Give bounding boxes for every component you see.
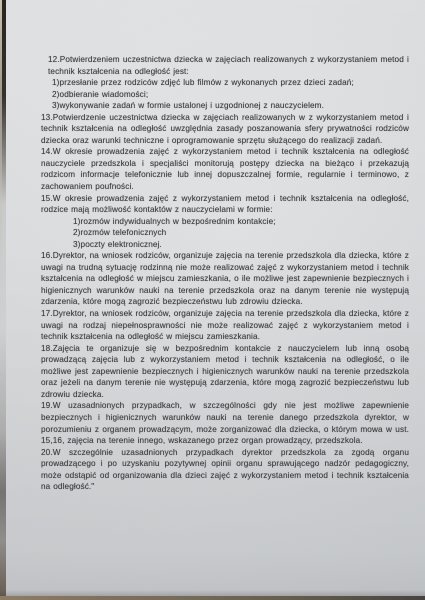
paragraph-12: 12.Potwierdzeniem uczestnictwa dziecka w… [41,54,409,77]
paragraph-number: 12. [48,55,60,64]
paragraph-text: W szczególnie uzasadnionych przypadkach … [41,448,409,492]
page-left-edge-highlight [0,0,2,288]
paragraph-18: 18.Zajęcia te organizuje się w bezpośred… [41,343,409,401]
paragraph-15: 15.W okresie prowadzenia zajęć z wykorzy… [41,193,409,216]
paragraph-text: W okresie prowadzenia zajęć z wykorzysta… [41,147,409,191]
list-item-15-3: 3)poczty elektronicznej. [41,239,409,251]
paragraph-16: 16.Dyrektor, na wniosek rodziców, organi… [41,250,409,308]
page-content: 12.Potwierdzeniem uczestnictwa dziecka w… [41,54,409,493]
paragraph-text: W okresie prowadzenia zajęć z wykorzysta… [41,194,409,215]
paragraph-text: Potwierdzeniem uczestnictwa dziecka w za… [48,55,409,76]
list-item-12-1: 1)przesłanie przez rodziców zdjęć lub fi… [41,77,409,89]
list-item-15-1: 1)rozmów indywidualnych w bezpośrednim k… [41,216,409,228]
paragraph-14: 14.W okresie prowadzenia zajęć z wykorzy… [41,146,409,192]
paragraph-text: Dyrektor, na wniosek rodziców, organizuj… [41,309,409,341]
document-page-photo: 12.Potwierdzeniem uczestnictwa dziecka w… [0,0,425,600]
paragraph-13: 13.Potwierdzenie uczestnictwa dziecka w … [41,112,409,147]
paragraph-17: 17.Dyrektor, na wniosek rodziców, organi… [41,308,409,343]
paragraph-number: 15. [41,194,53,203]
paragraph-text: Dyrektor, na wniosek rodziców, organizuj… [41,251,409,306]
list-item-12-3: 3)wykonywanie zadań w formie ustalonej i… [41,100,409,112]
paragraph-number: 19. [41,401,53,410]
paragraph-number: 18. [41,344,53,353]
paragraph-text: W uzasadnionych przypadkach, w szczególn… [41,401,409,445]
paragraph-number: 14. [41,147,53,156]
list-item-12-2: 2)odbieranie wiadomości; [41,89,409,101]
paragraph-text: Potwierdzenie uczestnictwa dziecka w zaj… [41,113,409,145]
paragraph-20: 20.W szczególnie uzasadnionych przypadka… [41,447,409,493]
paragraph-number: 16. [41,251,53,260]
paragraph-number: 20. [41,448,53,457]
paragraph-text: Zajęcia te organizuje się w bezpośrednim… [41,344,409,399]
paragraph-number: 13. [41,113,53,122]
paragraph-number: 17. [41,309,53,318]
list-item-15-2: 2)rozmów telefonicznych [41,227,409,239]
table-surface-edge [0,596,425,600]
paragraph-19: 19.W uzasadnionych przypadkach, w szczeg… [41,400,409,446]
